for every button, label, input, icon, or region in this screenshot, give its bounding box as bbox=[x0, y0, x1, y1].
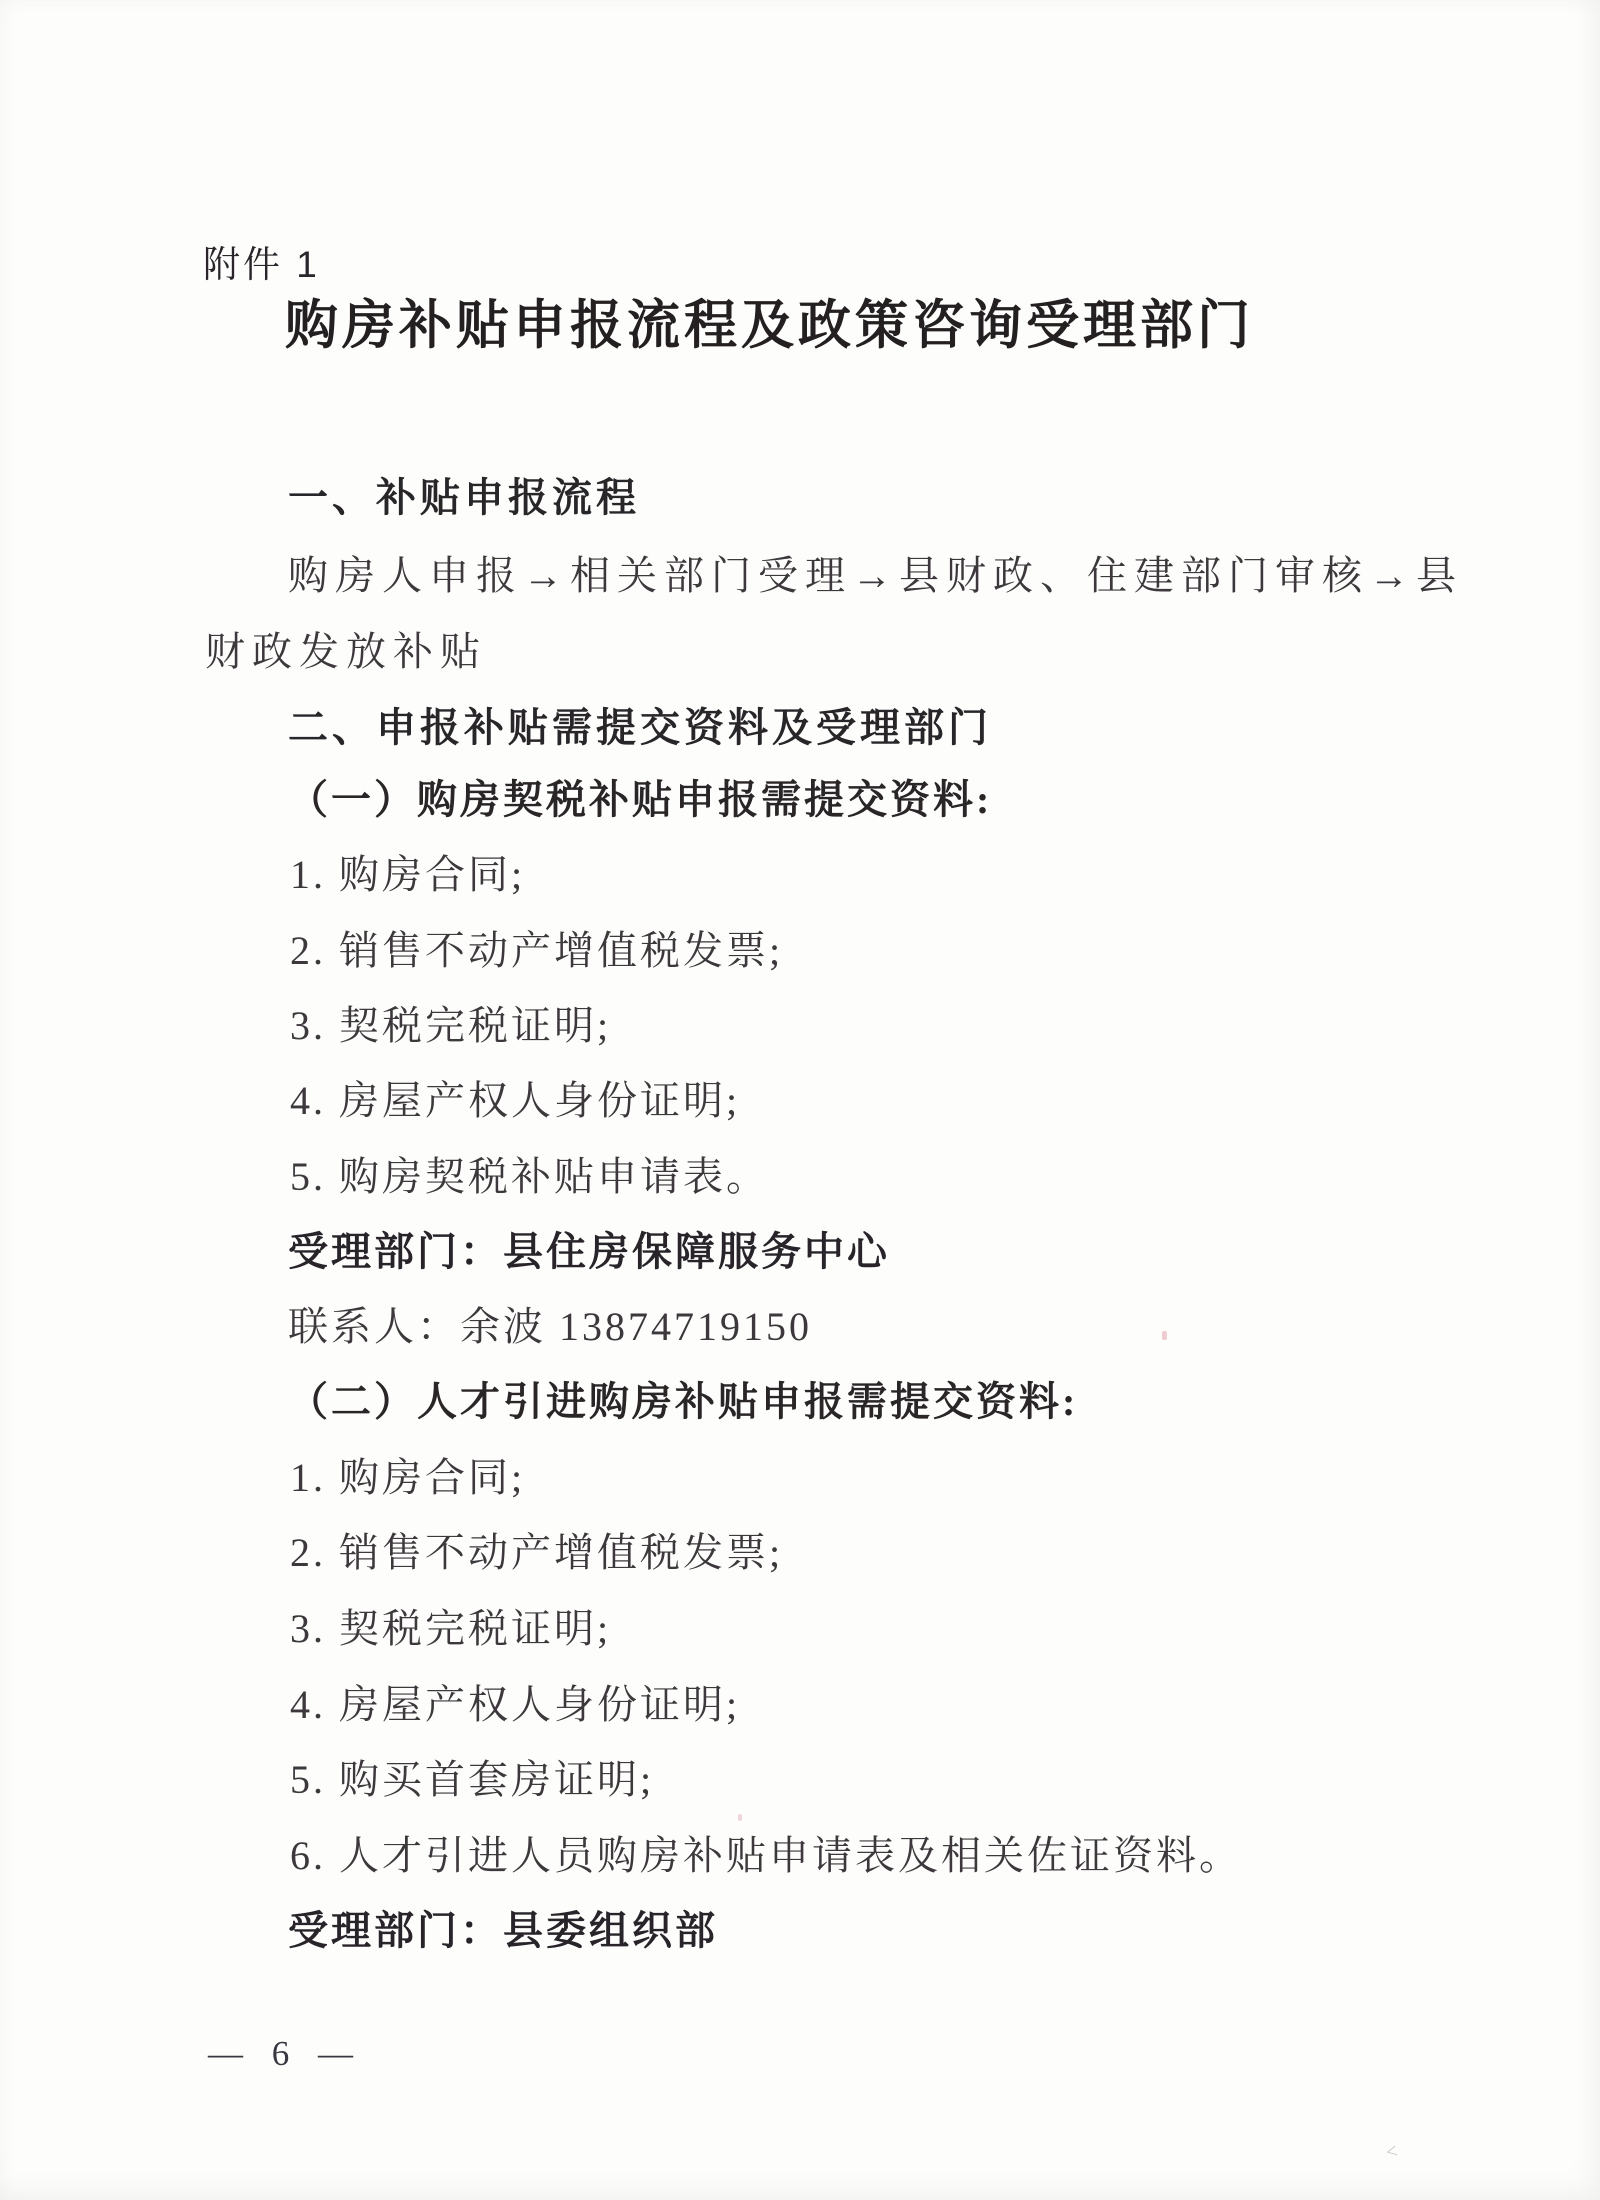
accepting-department-line-1: 受理部门：县住房保障服务中心 bbox=[288, 1232, 890, 1272]
list-item: 5. 购房契税补贴申请表。 bbox=[290, 1157, 769, 1197]
flow-steps-line-1: 购房人申报→相关部门受理→县财政、住建部门审核→县 bbox=[288, 556, 1463, 596]
section-2-heading: 二、申报补贴需提交资料及受理部门 bbox=[288, 708, 992, 748]
list-item: 3. 契税完税证明; bbox=[290, 1609, 611, 1649]
accepting-department-line-2: 受理部门：县委组织部 bbox=[288, 1911, 718, 1951]
scan-speck bbox=[1162, 1331, 1167, 1340]
list-item: 3. 契税完税证明; bbox=[290, 1006, 611, 1046]
subsection-2-heading: （二）人才引进购房补贴申报需提交资料: bbox=[288, 1382, 1078, 1422]
list-item: 2. 销售不动产增值税发票; bbox=[290, 931, 783, 971]
section-1-heading: 一、补贴申报流程 bbox=[288, 478, 640, 518]
list-item: 4. 房屋产权人身份证明; bbox=[290, 1081, 740, 1121]
list-item: 4. 房屋产权人身份证明; bbox=[290, 1685, 740, 1725]
stray-pencil-mark: < bbox=[1384, 2141, 1399, 2163]
list-item: 5. 购买首套房证明; bbox=[290, 1760, 654, 1800]
list-item: 6. 人才引进人员购房补贴申请表及相关佐证资料。 bbox=[290, 1836, 1242, 1876]
list-item: 1. 购房合同; bbox=[290, 1458, 525, 1498]
document-title: 购房补贴申报流程及政策咨询受理部门 bbox=[285, 300, 1254, 353]
flow-steps-line-2: 财政发放补贴 bbox=[205, 632, 487, 672]
contact-line: 联系人：余波 13874719150 bbox=[288, 1307, 812, 1347]
scan-speck bbox=[738, 1814, 742, 1821]
list-item: 2. 销售不动产增值税发票; bbox=[290, 1533, 783, 1573]
subsection-1-heading: （一）购房契税补贴申报需提交资料: bbox=[288, 780, 992, 820]
document-page: 附件 1 购房补贴申报流程及政策咨询受理部门 一、补贴申报流程 购房人申报→相关… bbox=[0, 0, 1600, 2200]
list-item: 1. 购房合同; bbox=[290, 855, 525, 895]
attachment-label: 附件 1 bbox=[203, 246, 320, 283]
page-number: — 6 — bbox=[208, 2036, 363, 2071]
